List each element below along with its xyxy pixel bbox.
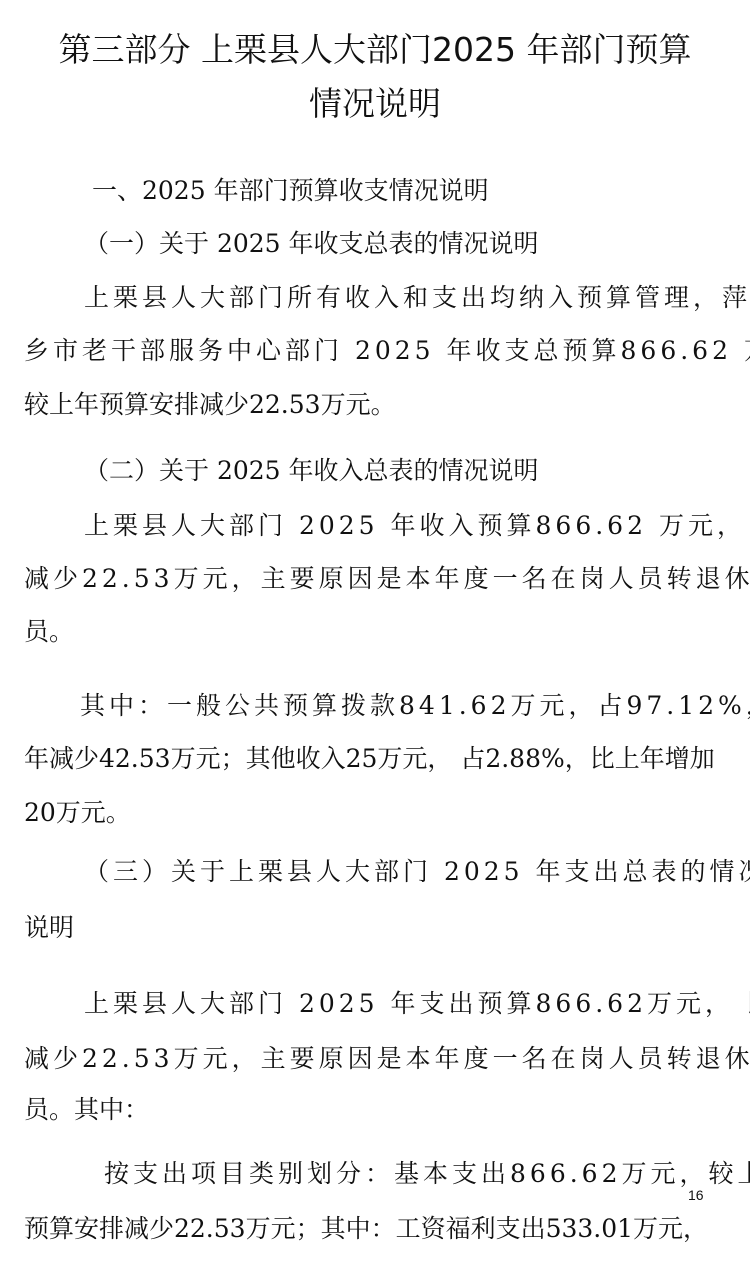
paragraph-line: 上栗县人大部门 2025 年收入预算866.62 万元， 比上年	[84, 510, 750, 542]
paragraph-line: 上栗县人大部门 2025 年支出预算866.62万元， 比上年	[84, 988, 750, 1020]
paragraph-line: 上栗县人大部门所有收入和支出均纳入预算管理，萍	[84, 282, 750, 314]
paragraph-line: 较上年预算安排减少22.53万元。	[24, 389, 396, 421]
paragraph-line: 减少22.53万元，主要原因是本年度一名在岗人员转退休人	[24, 1043, 750, 1075]
page-title-line2: 情况说明	[0, 82, 750, 126]
paragraph-line: 预算安排减少22.53万元；其中：工资福利支出533.01万元，	[24, 1213, 708, 1245]
paragraph-line: 按支出项目类别划分：基本支出866.62万元，较上年	[104, 1158, 750, 1190]
paragraph-line: 20万元。	[24, 797, 131, 829]
section-heading: 一、2025 年部门预算收支情况说明	[92, 175, 489, 207]
page-title-line1: 第三部分 上栗县人大部门2025 年部门预算	[0, 28, 750, 72]
paragraph-line: 减少22.53万元，主要原因是本年度一名在岗人员转退休人	[24, 563, 750, 595]
paragraph-line: 员。	[24, 616, 74, 648]
paragraph-line: 乡市老干部服务中心部门 2025 年收支总预算866.62 万元。	[24, 335, 750, 367]
paragraph-line: 年减少42.53万元；其他收入25万元， 占2.88%，比上年增加	[24, 743, 715, 775]
page-number: 16	[688, 1187, 704, 1203]
paragraph-line: 员。其中：	[24, 1094, 149, 1126]
subsection-heading-2: （二）关于 2025 年收入总表的情况说明	[84, 455, 539, 487]
paragraph-line: 其中：一般公共预算拨款841.62万元，占97.12%， 比上	[80, 690, 750, 722]
subsection-heading-3: （三）关于上栗县人大部门 2025 年支出总表的情况	[84, 856, 750, 888]
subsection-heading-3-cont: 说明	[24, 912, 74, 944]
subsection-heading-1: （一）关于 2025 年收支总表的情况说明	[84, 228, 539, 260]
